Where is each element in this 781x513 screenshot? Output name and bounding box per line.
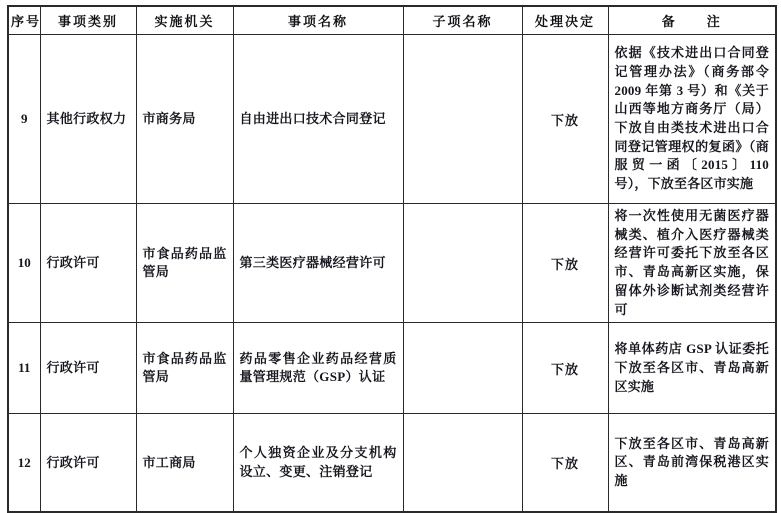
cell-remarks: 依据《技术进出口合同登记管理办法》（商务部令 2009 年第 3 号）和《关于山… — [608, 35, 776, 204]
cell-item-name: 第三类医疗器械经营许可 — [233, 204, 403, 323]
cell-subitem-name — [403, 35, 522, 204]
approval-items-table: 序号 事项类别 实施机关 事项名称 子项名称 处理决定 备 注 9 其他行政权力… — [7, 5, 777, 508]
column-header-subitem-name: 子项名称 — [403, 6, 522, 35]
cell-implementing-agency: 市食品药品监管局 — [136, 204, 233, 323]
cell-implementing-agency: 市商务局 — [136, 35, 233, 204]
table-row: 12 行政许可 市工商局 个人独资企业及分支机构设立、变更、注销登记 下放 下放… — [8, 414, 776, 508]
cell-item-name: 个人独资企业及分支机构设立、变更、注销登记 — [233, 414, 403, 508]
cell-remarks: 将单体药店 GSP 认证委托下放至各区市、青岛高新区实施 — [608, 323, 776, 414]
cell-item-category: 行政许可 — [40, 323, 136, 414]
table-header-row: 序号 事项类别 实施机关 事项名称 子项名称 处理决定 备 注 — [8, 6, 776, 35]
column-header-implementing-agency: 实施机关 — [136, 6, 233, 35]
column-header-decision: 处理决定 — [522, 6, 608, 35]
cell-decision: 下放 — [522, 204, 608, 323]
cell-remarks: 将一次性使用无菌医疗器械类、植介入医疗器械类经营许可委托下放至各区市、青岛高新区… — [608, 204, 776, 323]
cell-serial-number: 12 — [8, 414, 40, 508]
cell-item-category: 行政许可 — [40, 204, 136, 323]
column-header-serial-number: 序号 — [8, 6, 40, 35]
cell-implementing-agency: 市工商局 — [136, 414, 233, 508]
cell-implementing-agency: 市食品药品监管局 — [136, 323, 233, 414]
cell-serial-number: 10 — [8, 204, 40, 323]
cell-decision: 下放 — [522, 35, 608, 204]
cell-subitem-name — [403, 323, 522, 414]
cell-decision: 下放 — [522, 414, 608, 508]
cell-serial-number: 9 — [8, 35, 40, 204]
cell-serial-number: 11 — [8, 323, 40, 414]
column-header-item-category: 事项类别 — [40, 6, 136, 35]
column-header-remarks: 备 注 — [608, 6, 776, 35]
document-page: 序号 事项类别 实施机关 事项名称 子项名称 处理决定 备 注 9 其他行政权力… — [0, 0, 781, 508]
table-row: 9 其他行政权力 市商务局 自由进出口技术合同登记 下放 依据《技术进出口合同登… — [8, 35, 776, 204]
cell-item-name: 药品零售企业药品经营质量管理规范（GSP）认证 — [233, 323, 403, 414]
cell-item-category: 行政许可 — [40, 414, 136, 508]
cell-item-category: 其他行政权力 — [40, 35, 136, 204]
column-header-item-name: 事项名称 — [233, 6, 403, 35]
cell-subitem-name — [403, 204, 522, 323]
table-row: 11 行政许可 市食品药品监管局 药品零售企业药品经营质量管理规范（GSP）认证… — [8, 323, 776, 414]
table-row: 10 行政许可 市食品药品监管局 第三类医疗器械经营许可 下放 将一次性使用无菌… — [8, 204, 776, 323]
cell-subitem-name — [403, 414, 522, 508]
cell-decision: 下放 — [522, 323, 608, 414]
cell-remarks: 下放至各区市、青岛高新区、青岛前湾保税港区实施 — [608, 414, 776, 508]
cell-item-name: 自由进出口技术合同登记 — [233, 35, 403, 204]
